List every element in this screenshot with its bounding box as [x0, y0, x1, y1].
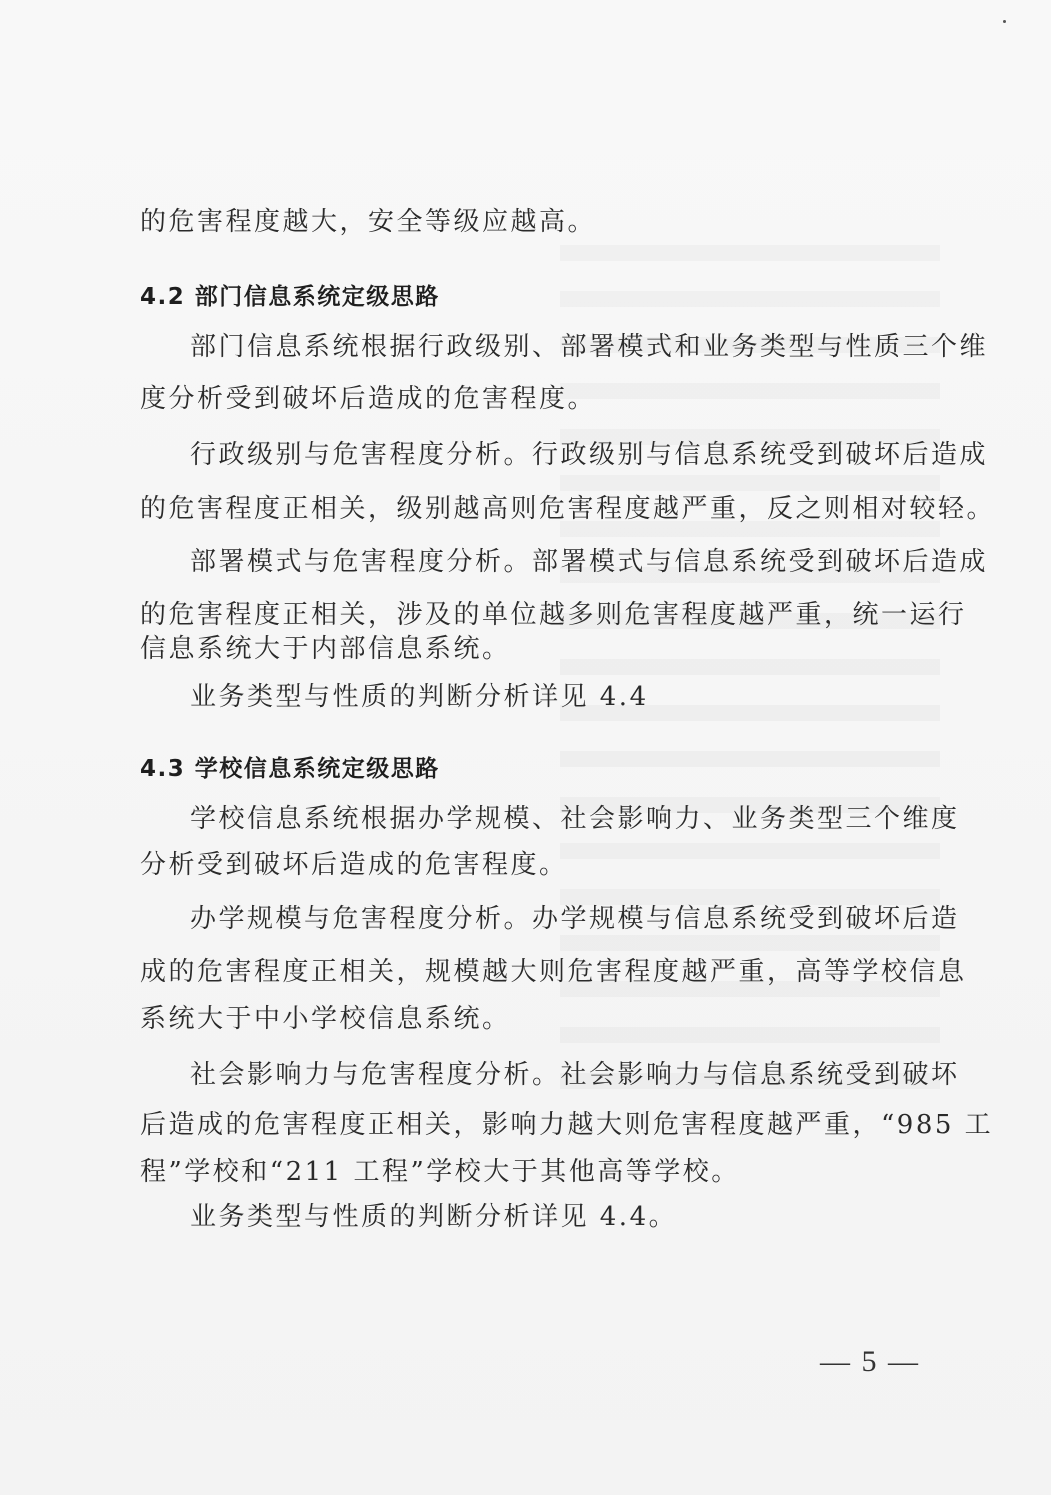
paragraph-line: 业务类型与性质的判断分析详见 4.4。 — [190, 1200, 677, 1234]
paragraph-line: 的危害程度正相关，涉及的单位越多则危害程度越严重，统一运行 — [140, 598, 967, 632]
paragraph-line: 部署模式与危害程度分析。部署模式与信息系统受到破坏后造成 — [190, 545, 988, 579]
paragraph-line: 业务类型与性质的判断分析详见 4.4 — [190, 680, 649, 714]
section-heading-4-3: 4.3 学校信息系统定级思路 — [140, 752, 440, 786]
paragraph-line: 信息系统大于内部信息系统。 — [140, 632, 511, 666]
paragraph-line: 程”学校和“211 工程”学校大于其他高等学校。 — [140, 1155, 740, 1189]
paragraph-line: 行政级别与危害程度分析。行政级别与信息系统受到破坏后造成 — [190, 438, 988, 472]
paragraph-line: 后造成的危害程度正相关，影响力越大则危害程度越严重，“985 工 — [140, 1108, 993, 1142]
paragraph-line: 社会影响力与危害程度分析。社会影响力与信息系统受到破坏 — [190, 1058, 960, 1092]
paragraph-line: 部门信息系统根据行政级别、部署模式和业务类型与性质三个维 — [190, 330, 988, 364]
paragraph-line: 的危害程度正相关，级别越高则危害程度越严重，反之则相对较轻。 — [140, 492, 995, 526]
page-number: — 5 — — [820, 1345, 920, 1379]
section-heading-4-2: 4.2 部门信息系统定级思路 — [140, 280, 440, 314]
paragraph-line: 办学规模与危害程度分析。办学规模与信息系统受到破坏后造 — [190, 902, 960, 936]
speck — [1003, 20, 1006, 23]
paragraph-line: 系统大于中小学校信息系统。 — [140, 1002, 511, 1036]
paragraph-line: 成的危害程度正相关，规模越大则危害程度越严重，高等学校信息 — [140, 955, 967, 989]
document-page: 的危害程度越大，安全等级应越高。 4.2 部门信息系统定级思路 部门信息系统根据… — [0, 0, 1051, 1495]
paragraph-line: 分析受到破坏后造成的危害程度。 — [140, 848, 568, 882]
paragraph-line: 的危害程度越大，安全等级应越高。 — [140, 205, 596, 239]
paragraph-line: 度分析受到破坏后造成的危害程度。 — [140, 382, 596, 416]
paragraph-line: 学校信息系统根据办学规模、社会影响力、业务类型三个维度 — [190, 802, 960, 836]
